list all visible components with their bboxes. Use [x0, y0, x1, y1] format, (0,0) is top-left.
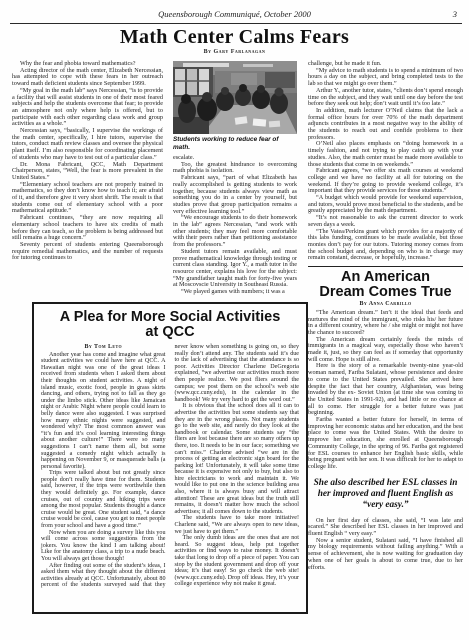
paragraph: On her first day of classes, she said, “…: [308, 518, 463, 538]
article-dream-title-line2: Dream Comes True: [319, 284, 451, 300]
article-plea-box: A Plea for More Social Activities at QCC…: [32, 302, 308, 614]
article-math-column-2-text: escalate.Too, the greatest hindrance to …: [173, 155, 297, 296]
article-math-byline: By Gary Farlanagan: [0, 49, 469, 55]
paragraph: “Elementary school teachers are not prop…: [12, 182, 163, 216]
paragraph: Fariba wanted a better future for hersel…: [308, 417, 463, 471]
pull-quote: She also described her ESL classes in he…: [312, 478, 459, 511]
paragraph: Now when you are doing a survey like thi…: [41, 530, 166, 563]
article-plea-title: A Plea for More Social Activities at QCC: [41, 310, 299, 340]
article-plea-text: Another year has come and imagine what g…: [41, 344, 299, 589]
paragraph: The American dream certainly feeds the m…: [308, 337, 463, 364]
article-dream-text-2: On her first day of classes, she said, “…: [308, 518, 463, 572]
paragraph: “The Vatea/Perkins grant which provides …: [308, 229, 463, 263]
paragraph: “My goal in the math lab” says Nercessia…: [12, 88, 163, 128]
paragraph: Here is the story of a remarkable twenty…: [308, 363, 463, 417]
paragraph: Fabricant continues, “they are now requi…: [12, 215, 163, 242]
paragraph: Seventy percent of students entering Que…: [12, 242, 163, 262]
paragraph: “The American dream.” Isn’t it the ideal…: [308, 310, 463, 337]
article-math-title: Math Center Calms Fears: [0, 26, 469, 49]
paragraph: Student tutors remain available, and mus…: [173, 249, 297, 289]
paragraph: “We encourage students to do their homew…: [173, 215, 297, 249]
paragraph: O’Neil also places emphasis on “doing ho…: [308, 141, 463, 168]
article-dream-separator: [308, 266, 463, 267]
paragraph: In addition, math lecturer O’Neil claims…: [308, 108, 463, 142]
paragraph: “It’s not reasonable to ask the current …: [308, 215, 463, 228]
paragraph: “My advice to math students is to spend …: [308, 68, 463, 88]
header-rule: [10, 23, 462, 24]
paragraph: The students have to take more initiativ…: [175, 515, 300, 535]
article-math-column-2: Students working to reduce fear of math.…: [173, 61, 297, 296]
right-column: challenge, but he made it fun.“My advice…: [308, 61, 463, 571]
article-plea-columns: By Tom Leto Another year has come and im…: [41, 344, 299, 589]
classroom-photo: [173, 61, 297, 134]
paragraph: It is obvious that the school does all i…: [175, 403, 300, 515]
article-math-column-1: Why the fear and phobia toward mathemati…: [12, 61, 163, 262]
paragraph: Acting director of the math center, Eliz…: [12, 68, 163, 88]
paragraph: Too, the greatest hindrance to overcomin…: [173, 162, 297, 175]
article-dream-byline: By Anna Carrillo: [308, 301, 463, 308]
article-math-column-3-text: challenge, but he made it fun.“My advice…: [308, 61, 463, 262]
paragraph: “We played games with numbers; it was a: [173, 289, 297, 296]
article-plea-title-line2: at QCC: [145, 324, 194, 340]
paragraph: “A budget which would provide for weeken…: [308, 195, 463, 215]
paragraph: The only dumb ideas are the ones that ar…: [175, 535, 300, 588]
paragraph: Fabricant says, “part of what Elizabeth …: [173, 175, 297, 215]
newspaper-page: Queensborough Communiqué, October 2000 3…: [0, 0, 469, 640]
photo-caption: Students working to reduce fear of math.: [173, 136, 297, 151]
paragraph: Trips were talked about but not greatly …: [41, 470, 166, 529]
paragraph: Now a senior student, Sulatani said, “I …: [308, 538, 463, 572]
paragraph: Nercessian says, “basically, I supervise…: [12, 128, 163, 162]
article-dream-text-1: “The American dream.” Isn’t it the ideal…: [308, 310, 463, 471]
paragraph: Arthur Y., another tutor, states, “clien…: [308, 88, 463, 108]
article-plea-title-line1: A Plea for More Social Activities: [60, 309, 281, 325]
masthead: Queensborough Communiqué, October 2000: [0, 9, 469, 19]
paragraph: Dr. Mona Fabricant, QCC, Math Department…: [12, 162, 163, 182]
article-dream-title-line1: An American: [341, 269, 430, 285]
paragraph: Fabricant agrees, “we offer six math cou…: [308, 168, 463, 195]
article-dream-title: An American Dream Comes True: [308, 270, 463, 300]
page-number: 3: [453, 9, 457, 19]
paragraph: Another year has come and imagine what g…: [41, 352, 166, 471]
article-plea-byline: By Tom Leto: [41, 344, 166, 351]
